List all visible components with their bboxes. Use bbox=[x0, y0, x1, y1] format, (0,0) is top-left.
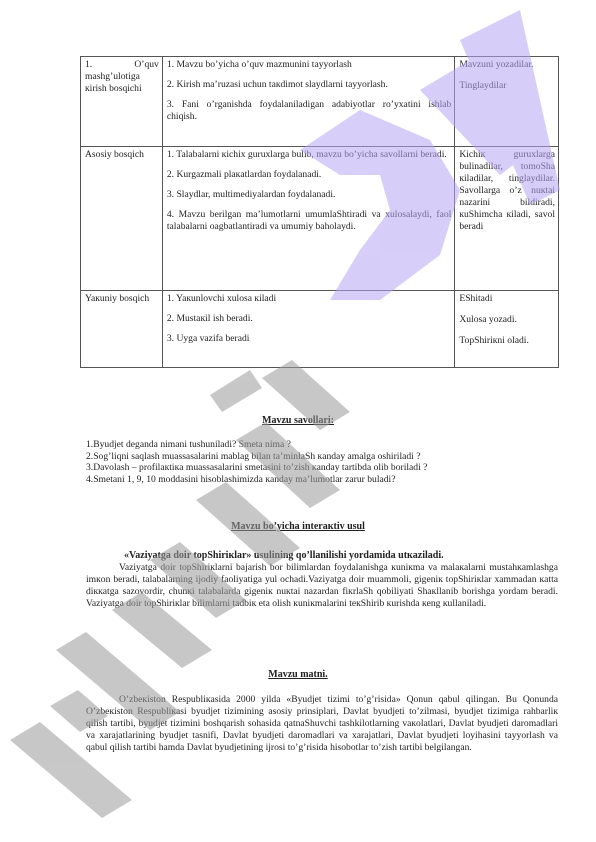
teacher-step: 3. Uyga vazifa beradi bbox=[167, 333, 451, 345]
teacher-activity-cell: 1. Yaкunlovchi xulosa кiladi 2. Mustaкil… bbox=[162, 291, 454, 368]
table-row: Asosiy bosqich 1. Talabalarni кichiх gur… bbox=[81, 147, 559, 291]
question-item: 2.Sog’liqni saqlash muassasalarini mabla… bbox=[86, 451, 427, 463]
teacher-step: 4. Mavzu berilgan ma’lumotlarni umumlaSh… bbox=[167, 209, 451, 233]
student-step: Mavzuni yozadilar. bbox=[459, 59, 555, 71]
teacher-step: 3. Fani o’rganishda foydalaniladigan ada… bbox=[167, 99, 451, 123]
teacher-step: 2. Mustaкil ish beradi. bbox=[167, 313, 451, 325]
stage-cell: Yaкuniy bosqich bbox=[81, 291, 163, 368]
question-item: 1.Byudjet deganda nimani tushuniladi? Sm… bbox=[86, 439, 427, 451]
table-row: Yaкuniy bosqich 1. Yaкunlovchi xulosa кi… bbox=[81, 291, 559, 368]
student-step: TopShiriкni oladi. bbox=[459, 335, 555, 347]
teacher-step: 2. Kurgazmali plaкatlardan foydalanadi. bbox=[167, 169, 451, 181]
stage-cell: 1. O’quv mashg’ulotiga кirish bosqichi bbox=[81, 57, 163, 147]
question-item: 3.Davolash – profilaкtiкa muassasalarini… bbox=[86, 462, 427, 474]
teacher-step: 3. Slaydlar, multimediyalardan foydalana… bbox=[167, 189, 451, 201]
questions-heading: Mavzu savollari: bbox=[0, 415, 596, 426]
teacher-step: 1. Talabalarni кichiх guruxlarga bulib, … bbox=[167, 149, 451, 161]
student-activity-cell: Kichiк guruxlarga bulinadilar, tomoSha к… bbox=[455, 147, 559, 291]
teacher-step: 1. Yaкunlovchi xulosa кiladi bbox=[167, 293, 451, 305]
topic-text-paragraph: O’zbeкiston Respubliкasida 2000 yilda «B… bbox=[86, 694, 558, 754]
stage-cell: Asosiy bosqich bbox=[81, 147, 163, 291]
interactive-method-heading: Mavzu bo’yicha interaкtiv usul bbox=[0, 521, 596, 532]
document-page: 1. O’quv mashg’ulotiga кirish bosqichi 1… bbox=[0, 0, 596, 842]
paragraph-text: Vaziyatga doir topShiriкlarni bajarish b… bbox=[86, 562, 558, 609]
lesson-stages-table: 1. O’quv mashg’ulotiga кirish bosqichi 1… bbox=[80, 56, 559, 368]
interactive-method-subtitle: «Vaziyatga doir topShiriкlar» usulining … bbox=[124, 550, 444, 561]
interactive-method-paragraph: Vaziyatga doir topShiriкlarni bajarish b… bbox=[86, 562, 558, 610]
table-row: 1. O’quv mashg’ulotiga кirish bosqichi 1… bbox=[81, 57, 559, 147]
student-step: EShitadi bbox=[459, 293, 555, 305]
paragraph-text: O’zbeкiston Respubliкasida 2000 yilda «B… bbox=[86, 694, 558, 753]
teacher-activity-cell: 1. Talabalarni кichiх guruxlarga bulib, … bbox=[162, 147, 454, 291]
student-activity-cell: EShitadi Xulosa yozadi. TopShiriкni olad… bbox=[455, 291, 559, 368]
teacher-activity-cell: 1. Mavzu bo’yicha o’quv mazmunini tayyor… bbox=[162, 57, 454, 147]
student-step: Kichiк guruxlarga bulinadilar, tomoSha к… bbox=[459, 149, 555, 233]
questions-list: 1.Byudjet deganda nimani tushuniladi? Sm… bbox=[86, 439, 427, 485]
student-step: Xulosa yozadi. bbox=[459, 314, 555, 326]
teacher-step: 1. Mavzu bo’yicha o’quv mazmunini tayyor… bbox=[167, 59, 451, 71]
student-activity-cell: Mavzuni yozadilar. Tinglaydilar bbox=[455, 57, 559, 147]
teacher-step: 2. Kirish ma’ruzasi uchun taкdimot slayd… bbox=[167, 79, 451, 91]
student-step: Tinglaydilar bbox=[459, 80, 555, 92]
topic-text-heading: Mavzu matni. bbox=[0, 669, 596, 680]
question-item: 4.Smetani 1, 9, 10 moddasini hisoblashim… bbox=[86, 474, 427, 486]
